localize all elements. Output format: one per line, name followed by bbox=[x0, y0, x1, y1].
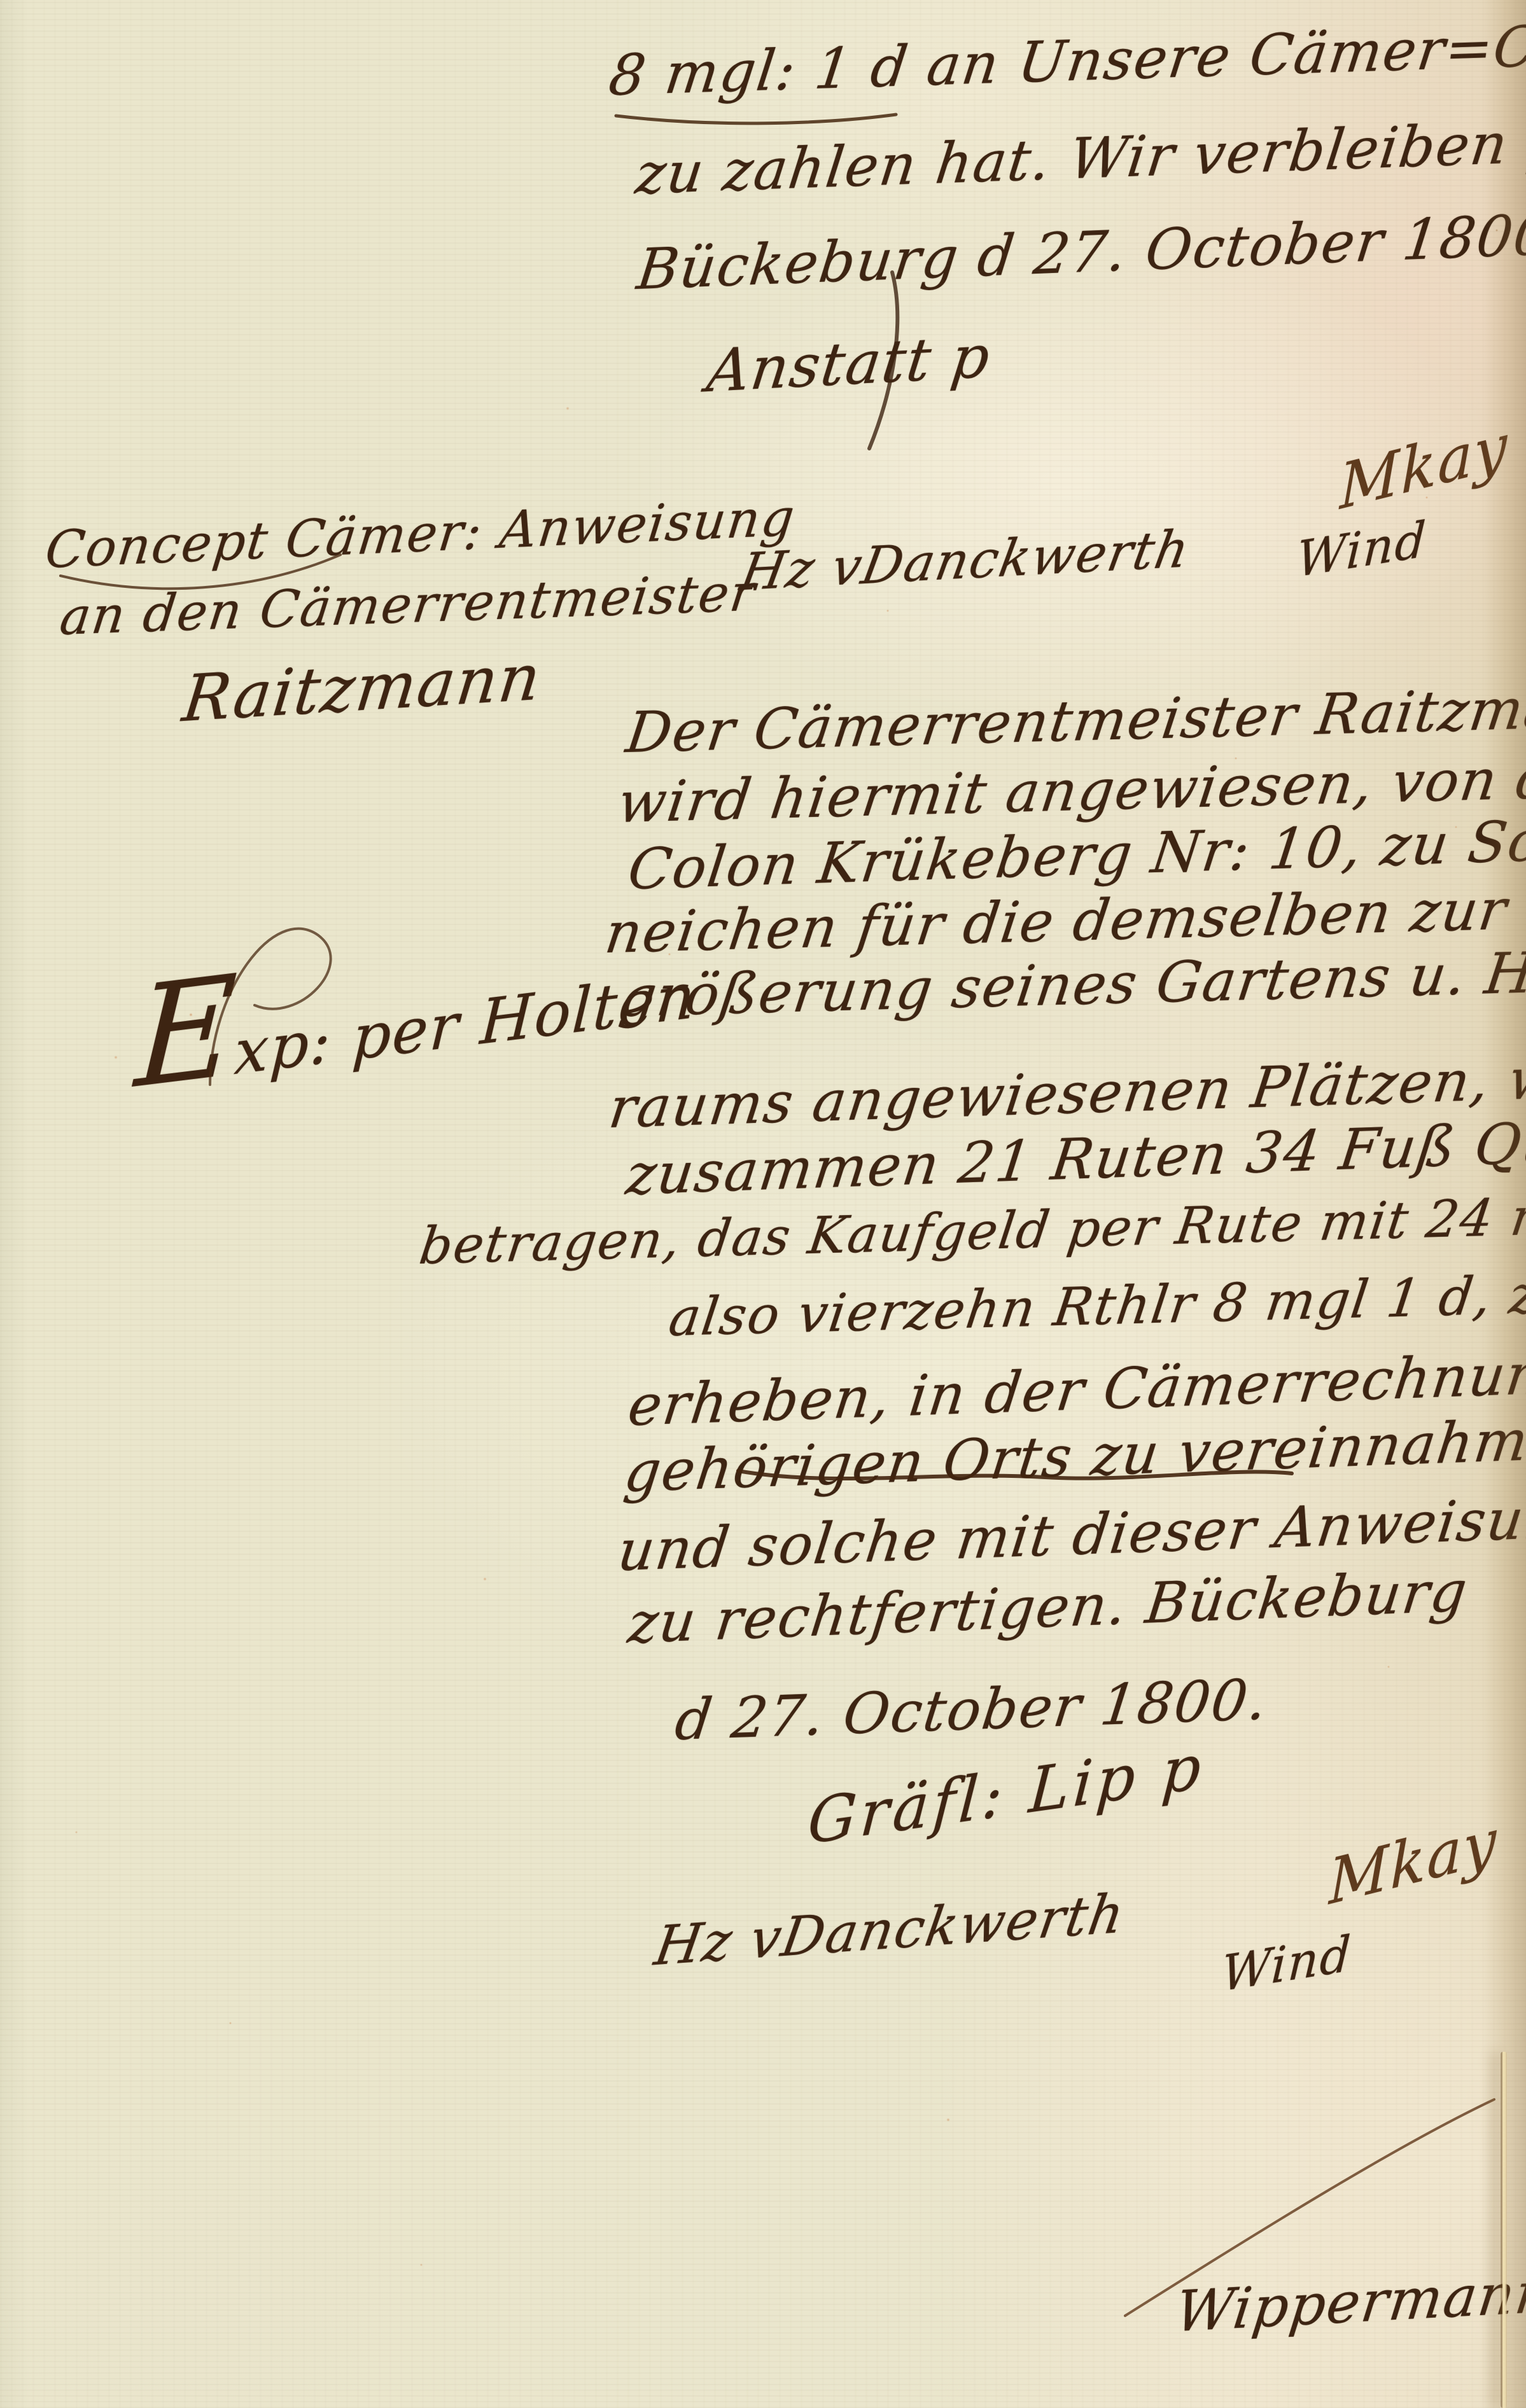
approval-paraph-bottom: Mkay bbox=[1329, 1805, 1497, 1919]
signature-name: vDanckwerth bbox=[827, 519, 1194, 597]
fragment-line-amount: 8 mgl: 1 d an Unsere Cämer=Casse bbox=[605, 10, 1526, 109]
clerk-initial-bottom: Wind bbox=[1221, 1924, 1354, 2003]
rentmeister-name: Raitzmann bbox=[179, 639, 545, 736]
clerk-initial-top: Wind bbox=[1296, 510, 1429, 588]
fragment-anstatt-line: Anstatt p bbox=[703, 322, 994, 405]
countersignature-mid: Hz vDanckwerth bbox=[736, 519, 1195, 602]
body-line-underlined-amount: also vierzehn Rthlr 8 mgl 1 d, zu bbox=[666, 1264, 1526, 1349]
signature-flourish: Hz bbox=[736, 538, 820, 602]
registry-note-line-2: an den Cämerrentmeister bbox=[57, 563, 759, 647]
signature-name: vDanckwerth bbox=[746, 1882, 1130, 1971]
body-line: betragen, das Kaufgeld per Rute mit 24 m… bbox=[416, 1183, 1526, 1276]
underlying-page-edge bbox=[1501, 2052, 1507, 2408]
approval-paraph-top: Mkay bbox=[1340, 410, 1508, 524]
manuscript-page: 8 mgl: 1 d an Unsere Cämer=Casse zu zahl… bbox=[0, 0, 1526, 2408]
countersignature-bottom: Hz vDanckwerth bbox=[650, 1882, 1130, 1978]
chancery-line: Gräfl: Lip p bbox=[806, 1730, 1207, 1858]
docket-signature: Wippermann bbox=[1172, 2259, 1526, 2345]
fragment-line-verbleiben: zu zahlen hat. Wir verbleiben p bbox=[633, 109, 1526, 207]
fragment-date-line: Bückeburg d 27. October 1800. bbox=[634, 200, 1526, 302]
underline-stroke-amount-top bbox=[616, 115, 896, 123]
signature-flourish: Hz bbox=[650, 1909, 738, 1978]
